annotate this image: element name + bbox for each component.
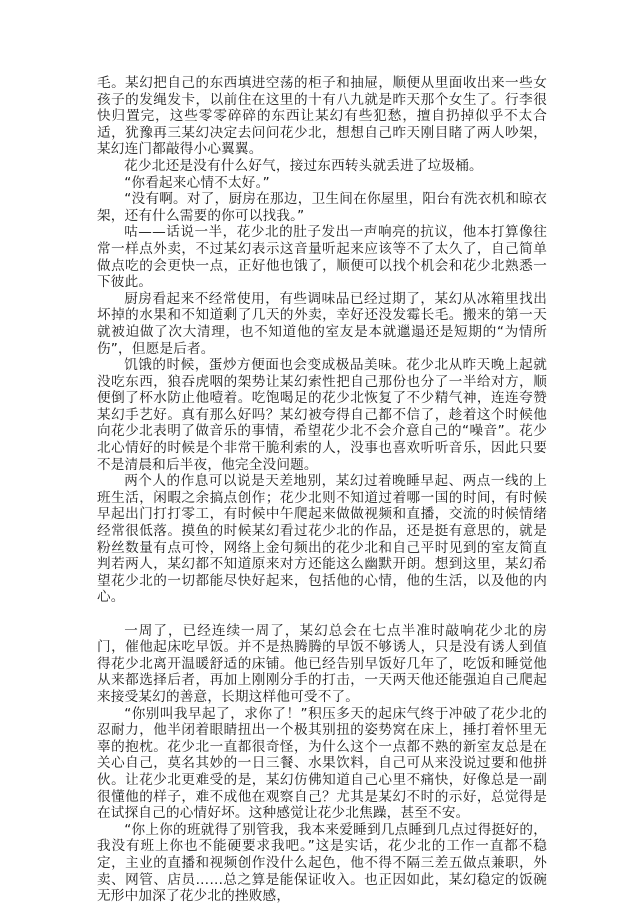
paragraph: 两个人的作息可以说是天差地别，某幻过着晚睡早起、两点一线的上班生活，闲暇之余搞点… [97,473,547,606]
paragraph: 咕——话说一半，花少北的肚子发出一声响亮的抗议，他本打算像往常一样点外卖，不过某… [97,224,547,290]
paragraph: 毛。某幻把自己的东西填进空荡的柜子和抽屉，顺便从里面收出来一些女孩子的发绳发卡，… [97,75,547,158]
paragraph: “没有啊。对了，厨房在那边，卫生间在你屋里，阳台有洗衣机和晾衣架，还有什么需要的… [97,191,547,224]
paragraph: 饥饿的时候，蛋炒方便面也会变成极品美味。花少北从昨天晚上起就没吃东西，狼吞虎咽的… [97,357,547,473]
paragraph: “你上你的班就得了别管我，我本来爱睡到几点睡到几点过得挺好的，我没有班上你也不能… [97,822,547,904]
paragraph: “你看起来心情不太好。” [97,175,547,192]
paragraph: 一周了，已经连续一周了，某幻总会在七点半准时敲响花少北的房门，催他起床吃早饭。并… [97,623,547,706]
document-page: 毛。某幻把自己的东西填进空荡的柜子和抽屉，顺便从里面收出来一些女孩子的发绳发卡，… [97,75,547,904]
paragraph: 厨房看起来不经常使用，有些调味品已经过期了，某幻从冰箱里找出坏掉的水果和不知道剩… [97,291,547,357]
paragraph: 花少北还是没有什么好气，接过东西转头就丢进了垃圾桶。 [97,158,547,175]
paragraph: “你别叫我早起了，求你了！”积压多天的起床气终于冲破了花少北的忍耐力，他半闭着眼… [97,706,547,822]
section-2: 一周了，已经连续一周了，某幻总会在七点半准时敲响花少北的房门，催他起床吃早饭。并… [97,623,547,904]
section-1: 毛。某幻把自己的东西填进空荡的柜子和抽屉，顺便从里面收出来一些女孩子的发绳发卡，… [97,75,547,606]
section-divider [97,606,547,623]
